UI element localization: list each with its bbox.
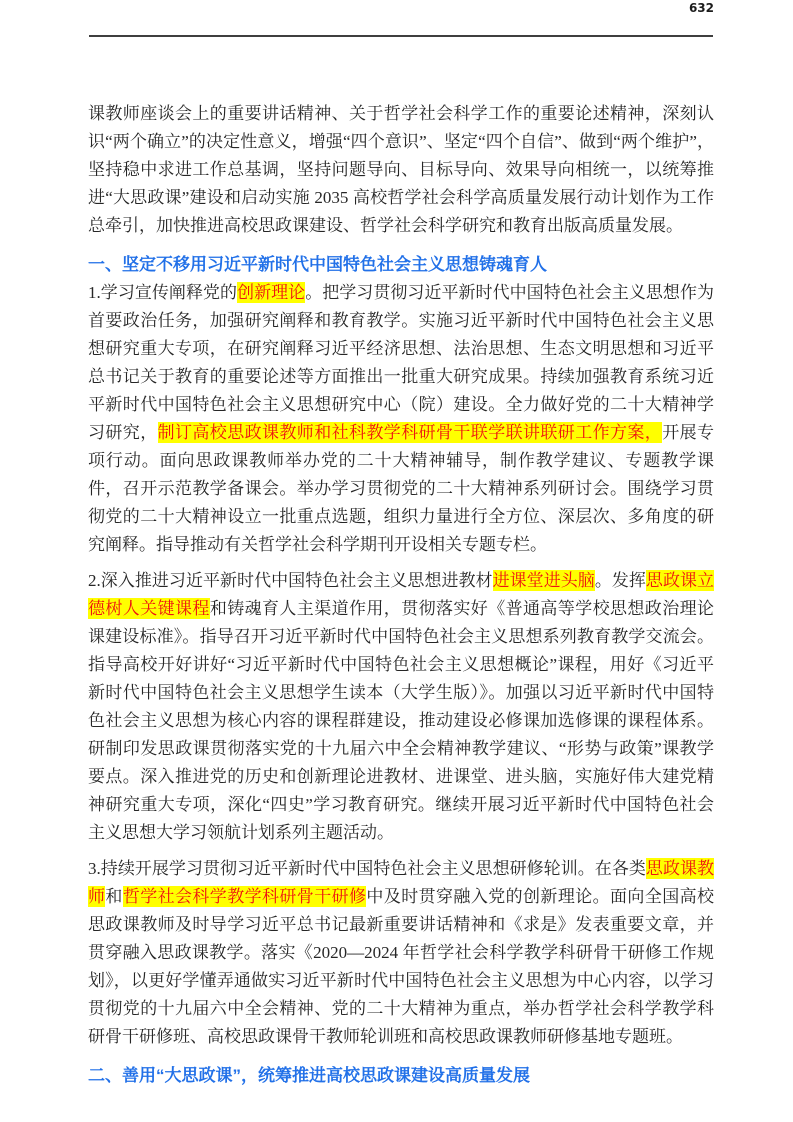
paragraph-intro-continued: 课教师座谈会上的重要讲话精神、关于哲学社会科学工作的重要论述精神，深刻认识“两个… [88,100,714,240]
section-heading-2: 二、善用“大思政课”，统筹推进高校思政课建设高质量发展 [88,1062,714,1090]
text-run: 课教师座谈会上的重要讲话精神、关于哲学社会科学工作的重要论述精神，深刻认识“两个… [88,104,714,235]
paragraph-item-1: 1.学习宣传阐释党的创新理论。把学习贯彻习近平新时代中国特色社会主义思想作为首要… [88,279,714,559]
header-rule [89,35,713,37]
document-body: 课教师座谈会上的重要讲话精神、关于哲学社会科学工作的重要论述精神，深刻认识“两个… [88,100,714,1090]
text-run: 和铸魂育人主渠道作用，贯彻落实好《普通高等学校思想政治理论课建设标准》。指导召开… [88,599,714,842]
paragraph-item-3: 3.持续开展学习贯彻习近平新时代中国特色社会主义思想研修轮训。在各类思政课教师和… [88,855,714,1051]
text-run: 3.持续开展学习贯彻习近平新时代中国特色社会主义思想研修轮训。在各类 [88,859,646,878]
text-run: 2.深入推进习近平新时代中国特色社会主义思想进教材 [88,571,493,590]
text-run: 和 [105,887,122,906]
highlighted-text: 制订高校思政课教师和社科教学科研骨干联学联讲联研工作方案， [158,422,663,443]
paragraph-item-2: 2.深入推进习近平新时代中国特色社会主义思想进教材进课堂进头脑。发挥思政课立德树… [88,567,714,847]
text-run: 。发挥 [595,571,646,590]
text-run: 一、坚定不移用习近平新时代中国特色社会主义思想铸魂育人 [88,255,547,274]
page-number: 632 [689,1,714,15]
highlighted-text: 进课堂进头脑 [493,570,595,591]
document-page: 632 课教师座谈会上的重要讲话精神、关于哲学社会科学工作的重要论述精神，深刻认… [0,0,793,1122]
section-heading-1: 一、坚定不移用习近平新时代中国特色社会主义思想铸魂育人 [88,251,714,279]
text-run: 二、善用“大思政课”，统筹推进高校思政课建设高质量发展 [88,1066,530,1085]
text-run: 中及时贯穿融入党的创新理论。面向全国高校思政课教师及时导学习近平总书记最新重要讲… [88,887,714,1046]
text-run: 1.学习宣传阐释党的 [88,283,237,302]
text-run: 。把学习贯彻习近平新时代中国特色社会主义思想作为首要政治任务，加强研究阐释和教育… [88,283,714,442]
highlighted-text: 创新理论 [237,282,305,303]
highlighted-text: 哲学社会科学教学科研骨干研修 [123,886,367,907]
